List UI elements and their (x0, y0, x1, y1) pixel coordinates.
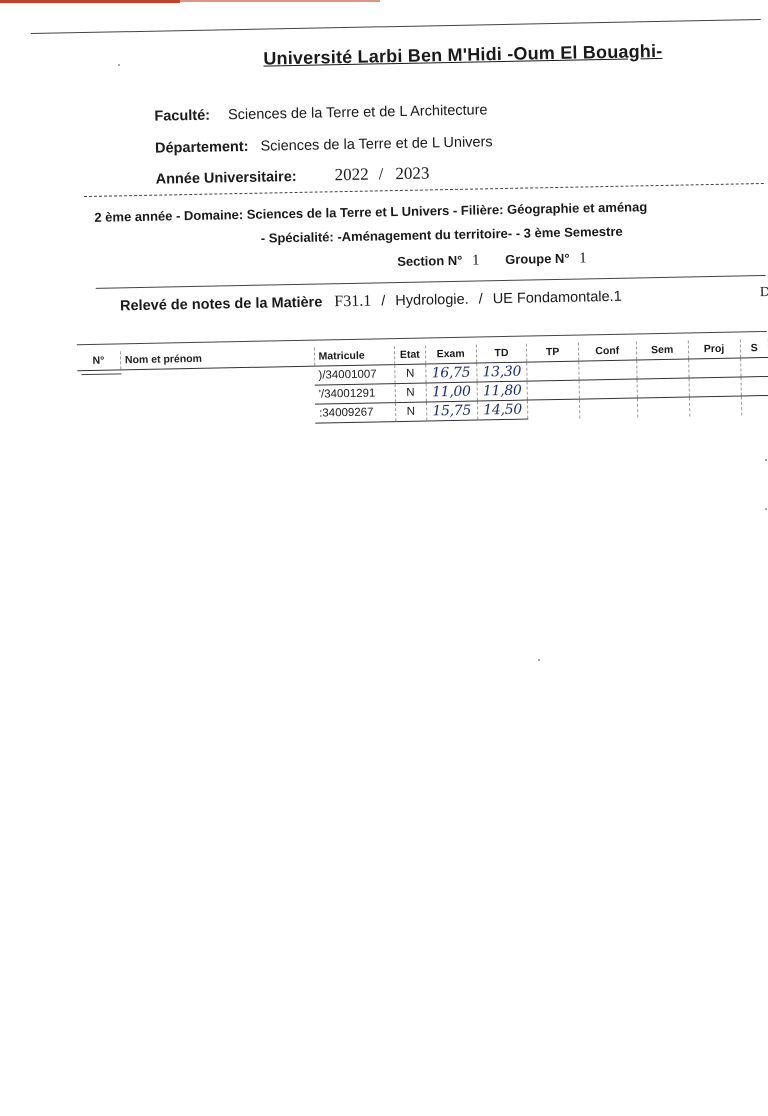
cell-etat: N (395, 383, 426, 403)
scan-edge-strip (0, 0, 180, 3)
matiere-right-fragment: D (760, 285, 768, 301)
cell-sem (637, 378, 689, 398)
year-label: Année Universitaire: (155, 169, 296, 188)
cell-matricule: )/34001007 (314, 365, 395, 386)
section-group-line: Section N° 1 Groupe N° 1 (397, 250, 587, 271)
faculty-line: Faculté: Sciences de la Terre et de L Ar… (154, 102, 487, 124)
group-label: Groupe N° (505, 251, 570, 267)
cell-s (741, 395, 768, 415)
matiere-line: Relevé de notes de la Matière F31.1 / Hy… (120, 288, 622, 316)
faculty-value: Sciences de la Terre et de L Architectur… (228, 102, 488, 123)
grades-table: N° Nom et prénom Matricule Etat Exam TD … (77, 339, 768, 428)
cell-sem (636, 359, 688, 379)
cell-number (78, 408, 122, 428)
cell-matricule: :34009267 (315, 403, 396, 424)
header-td: TD (476, 344, 527, 363)
program-divider-bottom (96, 275, 766, 289)
document-page: Université Larbi Ben M'Hidi -Oum El Boua… (0, 0, 768, 1116)
section-value: 1 (472, 252, 480, 268)
header-number: N° (77, 351, 121, 370)
cell-proj (689, 396, 741, 416)
matiere-separator-1: / (381, 293, 385, 309)
group-value: 1 (579, 250, 587, 266)
cell-name (121, 404, 315, 427)
cell-matricule: '/34001291 (315, 384, 396, 405)
scan-speck (765, 508, 767, 510)
scan-speck (118, 64, 120, 66)
top-divider (31, 19, 761, 34)
cell-proj (688, 358, 740, 378)
department-label: Département: (155, 139, 249, 157)
header-exam: Exam (425, 345, 476, 364)
cell-td: 13,30 (476, 362, 527, 382)
cell-tp (527, 361, 579, 381)
cell-exam: 16,75 (425, 363, 476, 383)
scan-speck (538, 659, 540, 661)
faculty-label: Faculté: (154, 108, 210, 125)
cell-proj (689, 377, 741, 397)
cell-exam: 11,00 (426, 382, 477, 402)
scan-speck (765, 459, 767, 461)
cell-conf (579, 360, 637, 380)
matiere-code: F31.1 (334, 293, 371, 311)
matiere-name: Hydrologie. (395, 292, 469, 309)
program-line-1: 2 ème année - Domaine: Sciences de la Te… (94, 199, 647, 225)
cell-conf (579, 398, 637, 418)
year-end: 2023 (395, 163, 429, 183)
header-s: S (740, 339, 768, 358)
university-title: Université Larbi Ben M'Hidi -Oum El Boua… (263, 41, 662, 70)
year-start: 2022 (334, 165, 368, 185)
cell-td: 11,80 (477, 381, 528, 401)
matiere-separator-2: / (479, 291, 483, 307)
cell-td: 14,50 (477, 400, 528, 420)
cell-tp (527, 380, 579, 400)
year-line: Année Universitaire: 2022 / 2023 (155, 163, 429, 188)
cell-s (740, 357, 768, 377)
year-separator: / (378, 164, 383, 183)
cell-conf (579, 379, 637, 399)
department-line: Département: Sciences de la Terre et de … (155, 134, 493, 156)
cell-number (78, 389, 122, 409)
header-etat: Etat (394, 346, 425, 365)
matiere-ue: UE Fondamontale.1 (493, 289, 622, 307)
cell-s (741, 376, 768, 396)
matiere-label: Relevé de notes de la Matière (120, 294, 323, 314)
cell-etat: N (395, 402, 426, 422)
section-label: Section N° (397, 253, 462, 269)
cell-exam: 15,75 (426, 401, 477, 421)
header-sem: Sem (636, 340, 688, 359)
department-value: Sciences de la Terre et de L Univers (260, 134, 492, 154)
header-proj: Proj (688, 339, 740, 358)
program-line-2: - Spécialité: -Aménagement du territoire… (261, 224, 623, 246)
header-tp: TP (527, 343, 579, 362)
cell-etat: N (395, 364, 426, 384)
header-conf: Conf (578, 341, 636, 361)
header-matricule: Matricule (314, 346, 395, 366)
cell-sem (637, 397, 689, 417)
cell-tp (528, 399, 580, 419)
